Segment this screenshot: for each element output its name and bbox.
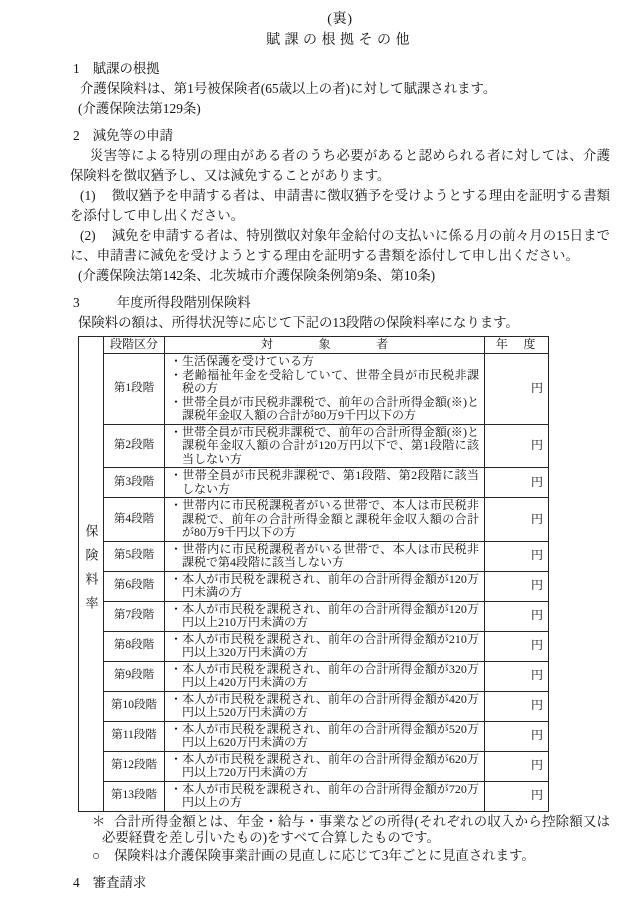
table-row-stage-9: 第9段階 ・本人が市民税を課税され、前年の合計所得金額が320万円以上420万円… bbox=[79, 661, 549, 691]
year-amount: 円 bbox=[485, 354, 549, 425]
target-description: ・本人が市民税を課税され、前年の合計所得金額が120万円未満の方 bbox=[165, 571, 485, 601]
document-page: (裏) 賦課の根拠その他 1賦課の根拠 介護保険料は、第1号被保険者(65歳以上… bbox=[0, 0, 630, 903]
target-description: ・本人が市民税を課税され、前年の合計所得金額が420万円以上520万円未満の方 bbox=[165, 691, 485, 721]
year-amount: 円 bbox=[485, 691, 549, 721]
footnote-asterisk: ＊合計所得金額とは、年金・給与・事業などの所得(それぞれの収入から控除額又は必要… bbox=[70, 814, 610, 846]
bullet-item: ・世帯内に市民税課税者がいる世帯で、本人は市民税非課税で、前年の合計所得金額と課… bbox=[170, 499, 479, 540]
bullet-item: ・本人が市民税を課税され、前年の合計所得金額が420万円以上520万円未満の方 bbox=[170, 693, 479, 720]
subitem-1-text: 徴収猶予を申請する者は、申請書に徴収猶予を受けようとする理由を証明する書類を添付… bbox=[70, 188, 610, 223]
year-amount: 円 bbox=[485, 498, 549, 542]
premium-rate-table: 保険料率 段階区分 対 象 者 年 度 第1段階 ・生活保護を受けている方 ・老… bbox=[78, 336, 549, 812]
table-intro: 保険料の額は、所得状況等に応じて下記の13段階の保険料率になります。 bbox=[70, 313, 610, 333]
subitem-2: (2)減免を申請する者は、特別徴収対象年金給付の支払いに係る月の前々月の15日ま… bbox=[70, 226, 610, 266]
year-amount: 円 bbox=[485, 541, 549, 571]
back-side-label: (裏) bbox=[70, 10, 610, 30]
col-header-stage: 段階区分 bbox=[104, 337, 165, 354]
target-description: ・本人が市民税を課税され、前年の合計所得金額が120万円以上210万円未満の方 bbox=[165, 601, 485, 631]
footnote-circle-text: 保険料は介護保険事業計画の見直しに応じて3年ごとに見直されます。 bbox=[114, 848, 535, 863]
section-3-number: 3 bbox=[73, 293, 80, 313]
law-reference-142: (介護保険法第142条、北茨城市介護保険条例第9条、第10条) bbox=[70, 266, 610, 286]
table-header-row: 保険料率 段階区分 対 象 者 年 度 bbox=[79, 337, 549, 354]
section-2-heading: 2減免等の申請 bbox=[70, 126, 610, 146]
table-row-stage-6: 第6段階 ・本人が市民税を課税され、前年の合計所得金額が120万円未満の方 円 bbox=[79, 571, 549, 601]
year-amount: 円 bbox=[485, 424, 549, 468]
year-amount: 円 bbox=[485, 781, 549, 811]
bullet-item: ・本人が市民税を課税され、前年の合計所得金額が620万円以上720万円未満の方 bbox=[170, 753, 479, 780]
law-reference-129: (介護保険法第129条) bbox=[70, 99, 610, 119]
document-title: 賦課の根拠その他 bbox=[70, 30, 610, 52]
bullet-item: ・本人が市民税を課税され、前年の合計所得金額が720万円以上の方 bbox=[170, 783, 479, 810]
stage-label: 第11段階 bbox=[104, 721, 165, 751]
table-side-cell: 保険料率 bbox=[79, 337, 104, 812]
table-row-stage-8: 第8段階 ・本人が市民税を課税され、前年の合計所得金額が210万円以上320万円… bbox=[79, 631, 549, 661]
stage-label: 第8段階 bbox=[104, 631, 165, 661]
year-amount: 円 bbox=[485, 751, 549, 781]
section-4-number: 4 bbox=[73, 873, 80, 893]
section-4-title: 審査請求 bbox=[93, 875, 147, 890]
subitem-2-marker: (2) bbox=[80, 228, 96, 243]
stage-label: 第6段階 bbox=[104, 571, 165, 601]
bullet-item: ・世帯全員が市民税非課税で、第1段階、第2段階に該当しない方 bbox=[170, 469, 479, 496]
target-description: ・本人が市民税を課税され、前年の合計所得金額が720万円以上の方 bbox=[165, 781, 485, 811]
section-1-heading: 1賦課の根拠 bbox=[70, 59, 610, 79]
table-side-label: 保険料率 bbox=[85, 524, 98, 620]
table-row-stage-5: 第5段階 ・世帯内に市民税課税者がいる世帯で、本人は市民税非課税で第4段階に該当… bbox=[79, 541, 549, 571]
subitem-2-text: 減免を申請する者は、特別徴収対象年金給付の支払いに係る月の前々月の15日までに、… bbox=[70, 228, 610, 263]
table-row-stage-10: 第10段階 ・本人が市民税を課税され、前年の合計所得金額が420万円以上520万… bbox=[79, 691, 549, 721]
year-amount: 円 bbox=[485, 601, 549, 631]
stage-label: 第12段階 bbox=[104, 751, 165, 781]
stage-label: 第4段階 bbox=[104, 498, 165, 542]
bullet-item: ・本人が市民税を課税され、前年の合計所得金額が320万円以上420万円未満の方 bbox=[170, 663, 479, 690]
section-1-body: 介護保険料は、第1号被保険者(65歳以上の者)に対して賦課されます。 bbox=[70, 79, 610, 99]
target-description: ・世帯全員が市民税非課税で、前年の合計所得金額(※)と課税年金収入額の合計が12… bbox=[165, 424, 485, 468]
table-row-stage-1: 第1段階 ・生活保護を受けている方 ・老齢福祉年金を受給していて、世帯全員が市民… bbox=[79, 354, 549, 425]
year-amount: 円 bbox=[485, 468, 549, 498]
section-2-number: 2 bbox=[73, 126, 80, 146]
col-header-target: 対 象 者 bbox=[165, 337, 485, 354]
bullet-item: ・老齢福祉年金を受給していて、世帯全員が市民税非課税の方 bbox=[170, 369, 479, 396]
target-description: ・本人が市民税を課税され、前年の合計所得金額が320万円以上420万円未満の方 bbox=[165, 661, 485, 691]
subitem-1: (1)徴収猶予を申請する者は、申請書に徴収猶予を受けようとする理由を証明する書類… bbox=[70, 186, 610, 226]
subitem-1-marker: (1) bbox=[80, 188, 96, 203]
year-amount: 円 bbox=[485, 661, 549, 691]
stage-label: 第1段階 bbox=[104, 354, 165, 425]
year-amount: 円 bbox=[485, 571, 549, 601]
stage-label: 第9段階 bbox=[104, 661, 165, 691]
table-row-stage-2: 第2段階 ・世帯全員が市民税非課税で、前年の合計所得金額(※)と課税年金収入額の… bbox=[79, 424, 549, 468]
table-row-stage-3: 第3段階 ・世帯全員が市民税非課税で、第1段階、第2段階に該当しない方 円 bbox=[79, 468, 549, 498]
asterisk-marker: ＊ bbox=[92, 814, 105, 830]
bullet-item: ・本人が市民税を課税され、前年の合計所得金額が120万円以上210万円未満の方 bbox=[170, 603, 479, 630]
stage-label: 第13段階 bbox=[104, 781, 165, 811]
circle-marker: ○ bbox=[92, 848, 100, 864]
stage-label: 第2段階 bbox=[104, 424, 165, 468]
target-description: ・世帯内に市民税課税者がいる世帯で、本人は市民税非課税で第4段階に該当しない方 bbox=[165, 541, 485, 571]
section-2-body: 災害等による特別の理由がある者のうち必要があると認められる者に対しては、介護保険… bbox=[70, 146, 610, 186]
section-1-number: 1 bbox=[73, 59, 80, 79]
year-amount: 円 bbox=[485, 631, 549, 661]
year-amount: 円 bbox=[485, 721, 549, 751]
table-row-stage-12: 第12段階 ・本人が市民税を課税され、前年の合計所得金額が620万円以上720万… bbox=[79, 751, 549, 781]
stage-label: 第10段階 bbox=[104, 691, 165, 721]
bullet-item: ・生活保護を受けている方 bbox=[170, 355, 479, 369]
bullet-item: ・世帯全員が市民税非課税で、前年の合計所得金額(※)と課税年金収入額の合計が12… bbox=[170, 426, 479, 467]
target-description: ・世帯全員が市民税非課税で、第1段階、第2段階に該当しない方 bbox=[165, 468, 485, 498]
footnote-asterisk-text: 合計所得金額とは、年金・給与・事業などの所得(それぞれの収入から控除額又は必要経… bbox=[102, 814, 610, 845]
section-2-title: 減免等の申請 bbox=[93, 128, 173, 143]
bullet-item: ・世帯内に市民税課税者がいる世帯で、本人は市民税非課税で第4段階に該当しない方 bbox=[170, 543, 479, 570]
section-4-heading: 4審査請求 bbox=[70, 873, 610, 893]
section-3-heading: 3年度所得段階別保険料 bbox=[70, 293, 610, 313]
target-description: ・本人が市民税を課税され、前年の合計所得金額が620万円以上720万円未満の方 bbox=[165, 751, 485, 781]
target-description: ・本人が市民税を課税され、前年の合計所得金額が210万円以上320万円未満の方 bbox=[165, 631, 485, 661]
table-row-stage-4: 第4段階 ・世帯内に市民税課税者がいる世帯で、本人は市民税非課税で、前年の合計所… bbox=[79, 498, 549, 542]
bullet-item: ・本人が市民税を課税され、前年の合計所得金額が520万円以上620万円未満の方 bbox=[170, 723, 479, 750]
section-1-title: 賦課の根拠 bbox=[93, 61, 160, 76]
col-header-year: 年 度 bbox=[485, 337, 549, 354]
footnote-circle: ○保険料は介護保険事業計画の見直しに応じて3年ごとに見直されます。 bbox=[70, 848, 610, 864]
table-row-stage-13: 第13段階 ・本人が市民税を課税され、前年の合計所得金額が720万円以上の方 円 bbox=[79, 781, 549, 811]
stage-label: 第7段階 bbox=[104, 601, 165, 631]
target-description: ・本人が市民税を課税され、前年の合計所得金額が520万円以上620万円未満の方 bbox=[165, 721, 485, 751]
target-description: ・生活保護を受けている方 ・老齢福祉年金を受給していて、世帯全員が市民税非課税の… bbox=[165, 354, 485, 425]
bullet-item: ・世帯全員が市民税非課税で、前年の合計所得金額(※)と課税年金収入額の合計が80… bbox=[170, 396, 479, 423]
bullet-item: ・本人が市民税を課税され、前年の合計所得金額が210万円以上320万円未満の方 bbox=[170, 633, 479, 660]
stage-label: 第3段階 bbox=[104, 468, 165, 498]
stage-label: 第5段階 bbox=[104, 541, 165, 571]
target-description: ・世帯内に市民税課税者がいる世帯で、本人は市民税非課税で、前年の合計所得金額と課… bbox=[165, 498, 485, 542]
table-row-stage-7: 第7段階 ・本人が市民税を課税され、前年の合計所得金額が120万円以上210万円… bbox=[79, 601, 549, 631]
section-3-title: 年度所得段階別保険料 bbox=[117, 295, 251, 310]
bullet-item: ・本人が市民税を課税され、前年の合計所得金額が120万円未満の方 bbox=[170, 573, 479, 600]
table-row-stage-11: 第11段階 ・本人が市民税を課税され、前年の合計所得金額が520万円以上620万… bbox=[79, 721, 549, 751]
